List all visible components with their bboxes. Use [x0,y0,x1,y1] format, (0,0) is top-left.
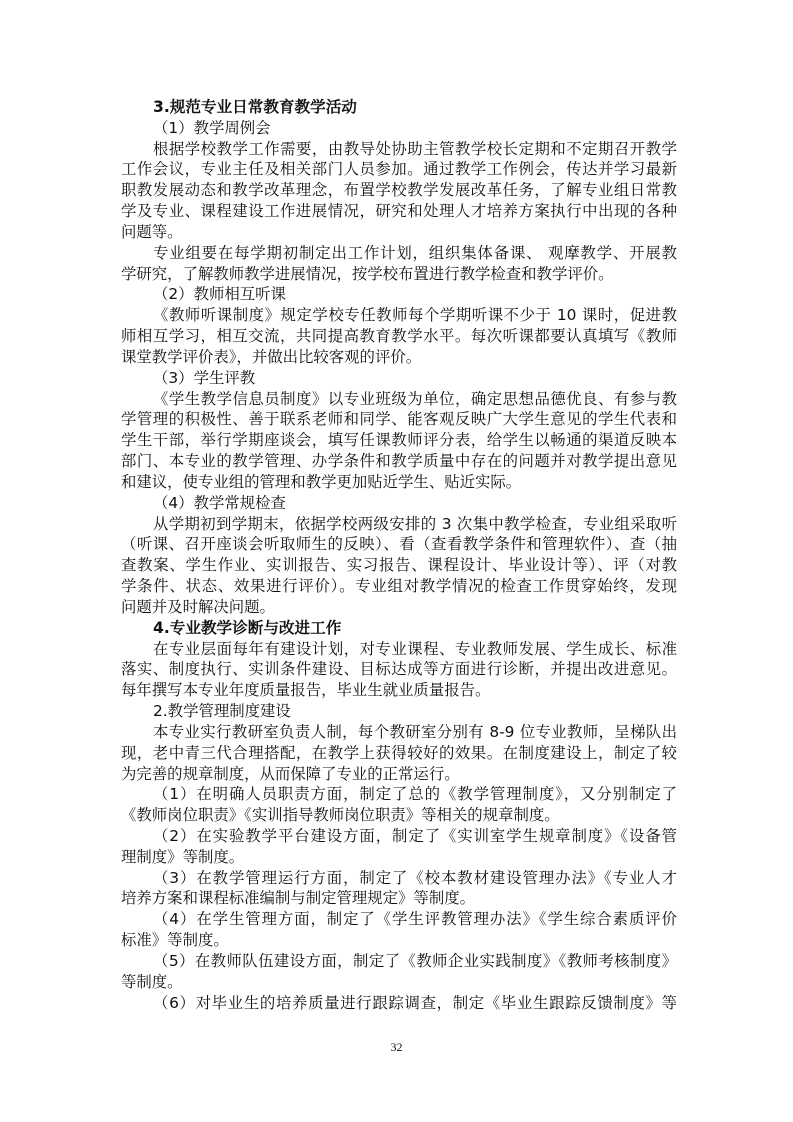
paragraph-line: （6）对毕业生的培养质量进行跟踪调查，制定《毕业生跟踪反馈制度》等 [121,993,677,1014]
paragraph-line: 理制度》等制度。 [121,847,677,868]
paragraph-line: 根据学校教学工作需要，由教导处协助主管教学校长定期和不定期召开教学 [121,139,677,160]
paragraph-line: 为完善的规章制度，从而保障了专业的正常运行。 [121,764,677,785]
subheading-management-system: 2.教学管理制度建设 [121,701,677,722]
paragraph-line: 每年撰写本专业年度质量报告，毕业生就业质量报告。 [121,680,677,701]
paragraph-line: 等制度。 [121,972,677,993]
paragraph-line: 《教师听课制度》规定学校专任教师每个学期听课不少于 10 课时，促进教 [121,305,677,326]
section-heading-3: 3.规范专业日常教育教学活动 [121,97,677,118]
page-number: 32 [0,1040,793,1055]
paragraph-line: 《教师岗位职责》《实训指导教师岗位职责》等相关的规章制度。 [121,805,677,826]
paragraph-line: （3）在教学管理运行方面，制定了《校本教材建设管理办法》《专业人才 [121,868,677,889]
paragraph-line: 问题并及时解决问题。 [121,597,677,618]
paragraph-line: 工作会议，专业主任及相关部门人员参加。通过教学工作例会，传达并学习最新 [121,159,677,180]
section-heading-4: 4.专业教学诊断与改进工作 [121,618,677,639]
paragraph-line: 从学期初到学期末，依据学校两级安排的 3 次集中教学检查，专业组采取听 [121,514,677,535]
paragraph-line: 专业组要在每学期初制定出工作计划，组织集体备课、 观摩教学、开展教 [121,243,677,264]
paragraph-line: （4）在学生管理方面，制定了《学生评教管理办法》《学生综合素质评价 [121,909,677,930]
subheading-weekly-meeting: （1）教学周例会 [121,118,677,139]
subheading-student-evaluation: （3）学生评教 [121,368,677,389]
paragraph-line: 标准》等制度。 [121,930,677,951]
paragraph-line: 在专业层面每年有建设计划，对专业课程、专业教师发展、学生成长、标准 [121,639,677,660]
paragraph-line: 《学生教学信息员制度》以专业班级为单位，确定思想品德优良、有参与教 [121,389,677,410]
paragraph-line: 问题等。 [121,222,677,243]
paragraph-line: （5）在教师队伍建设方面，制定了《教师企业实践制度》《教师考核制度》 [121,951,677,972]
paragraph-line: 学管理的积极性、善于联系老师和同学、能客观反映广大学生意见的学生代表和 [121,409,677,430]
paragraph-line: （听课、召开座谈会听取师生的反映）、看（查看教学条件和管理软件）、查（抽 [121,534,677,555]
paragraph-line: 学及专业、课程建设工作进展情况，研究和处理人才培养方案执行中出现的各种 [121,201,677,222]
paragraph-line: （2）在实验教学平台建设方面，制定了《实训室学生规章制度》《设备管 [121,826,677,847]
subheading-peer-observation: （2）教师相互听课 [121,284,677,305]
paragraph-line: 和建议，使专业组的管理和教学更加贴近学生、贴近实际。 [121,472,677,493]
paragraph-line: 职教发展动态和教学改革理念，布置学校教学发展改革任务，了解专业组日常教 [121,180,677,201]
paragraph-line: 学生干部，举行学期座谈会，填写任课教师评分表，给学生以畅通的渠道反映本 [121,430,677,451]
paragraph-line: （1）在明确人员职责方面，制定了总的《教学管理制度》，又分别制定了 [121,784,677,805]
paragraph-line: 培养方案和课程标准编制与制定管理规定》等制度。 [121,888,677,909]
subheading-routine-inspection: （4）教学常规检查 [121,493,677,514]
document-page: 3.规范专业日常教育教学活动 （1）教学周例会 根据学校教学工作需要，由教导处协… [0,0,793,1122]
paragraph-line: 部门、本专业的教学管理、办学条件和教学质量中存在的问题并对教学提出意见 [121,451,677,472]
paragraph-line: 学条件、状态、效果进行评价）。专业组对教学情况的检查工作贯穿始终，发现 [121,576,677,597]
paragraph-line: 本专业实行教研室负责人制，每个教研室分别有 8-9 位专业教师，呈梯队出 [121,722,677,743]
paragraph-line: 落实、制度执行、实训条件建设、目标达成等方面进行诊断，并提出改进意见。 [121,659,677,680]
paragraph-line: 现，老中青三代合理搭配，在教学上获得较好的效果。在制度建设上，制定了较 [121,743,677,764]
paragraph-line: 课堂教学评价表》，并做出比较客观的评价。 [121,347,677,368]
paragraph-line: 查教案、学生作业、实训报告、实习报告、课程设计、毕业设计等）、评（对教 [121,555,677,576]
paragraph-line: 师相互学习，相互交流，共同提高教育教学水平。每次听课都要认真填写《教师 [121,326,677,347]
page-body: 3.规范专业日常教育教学活动 （1）教学周例会 根据学校教学工作需要，由教导处协… [121,97,677,1013]
paragraph-line: 学研究，了解教师教学进展情况，按学校布置进行教学检查和教学评价。 [121,264,677,285]
